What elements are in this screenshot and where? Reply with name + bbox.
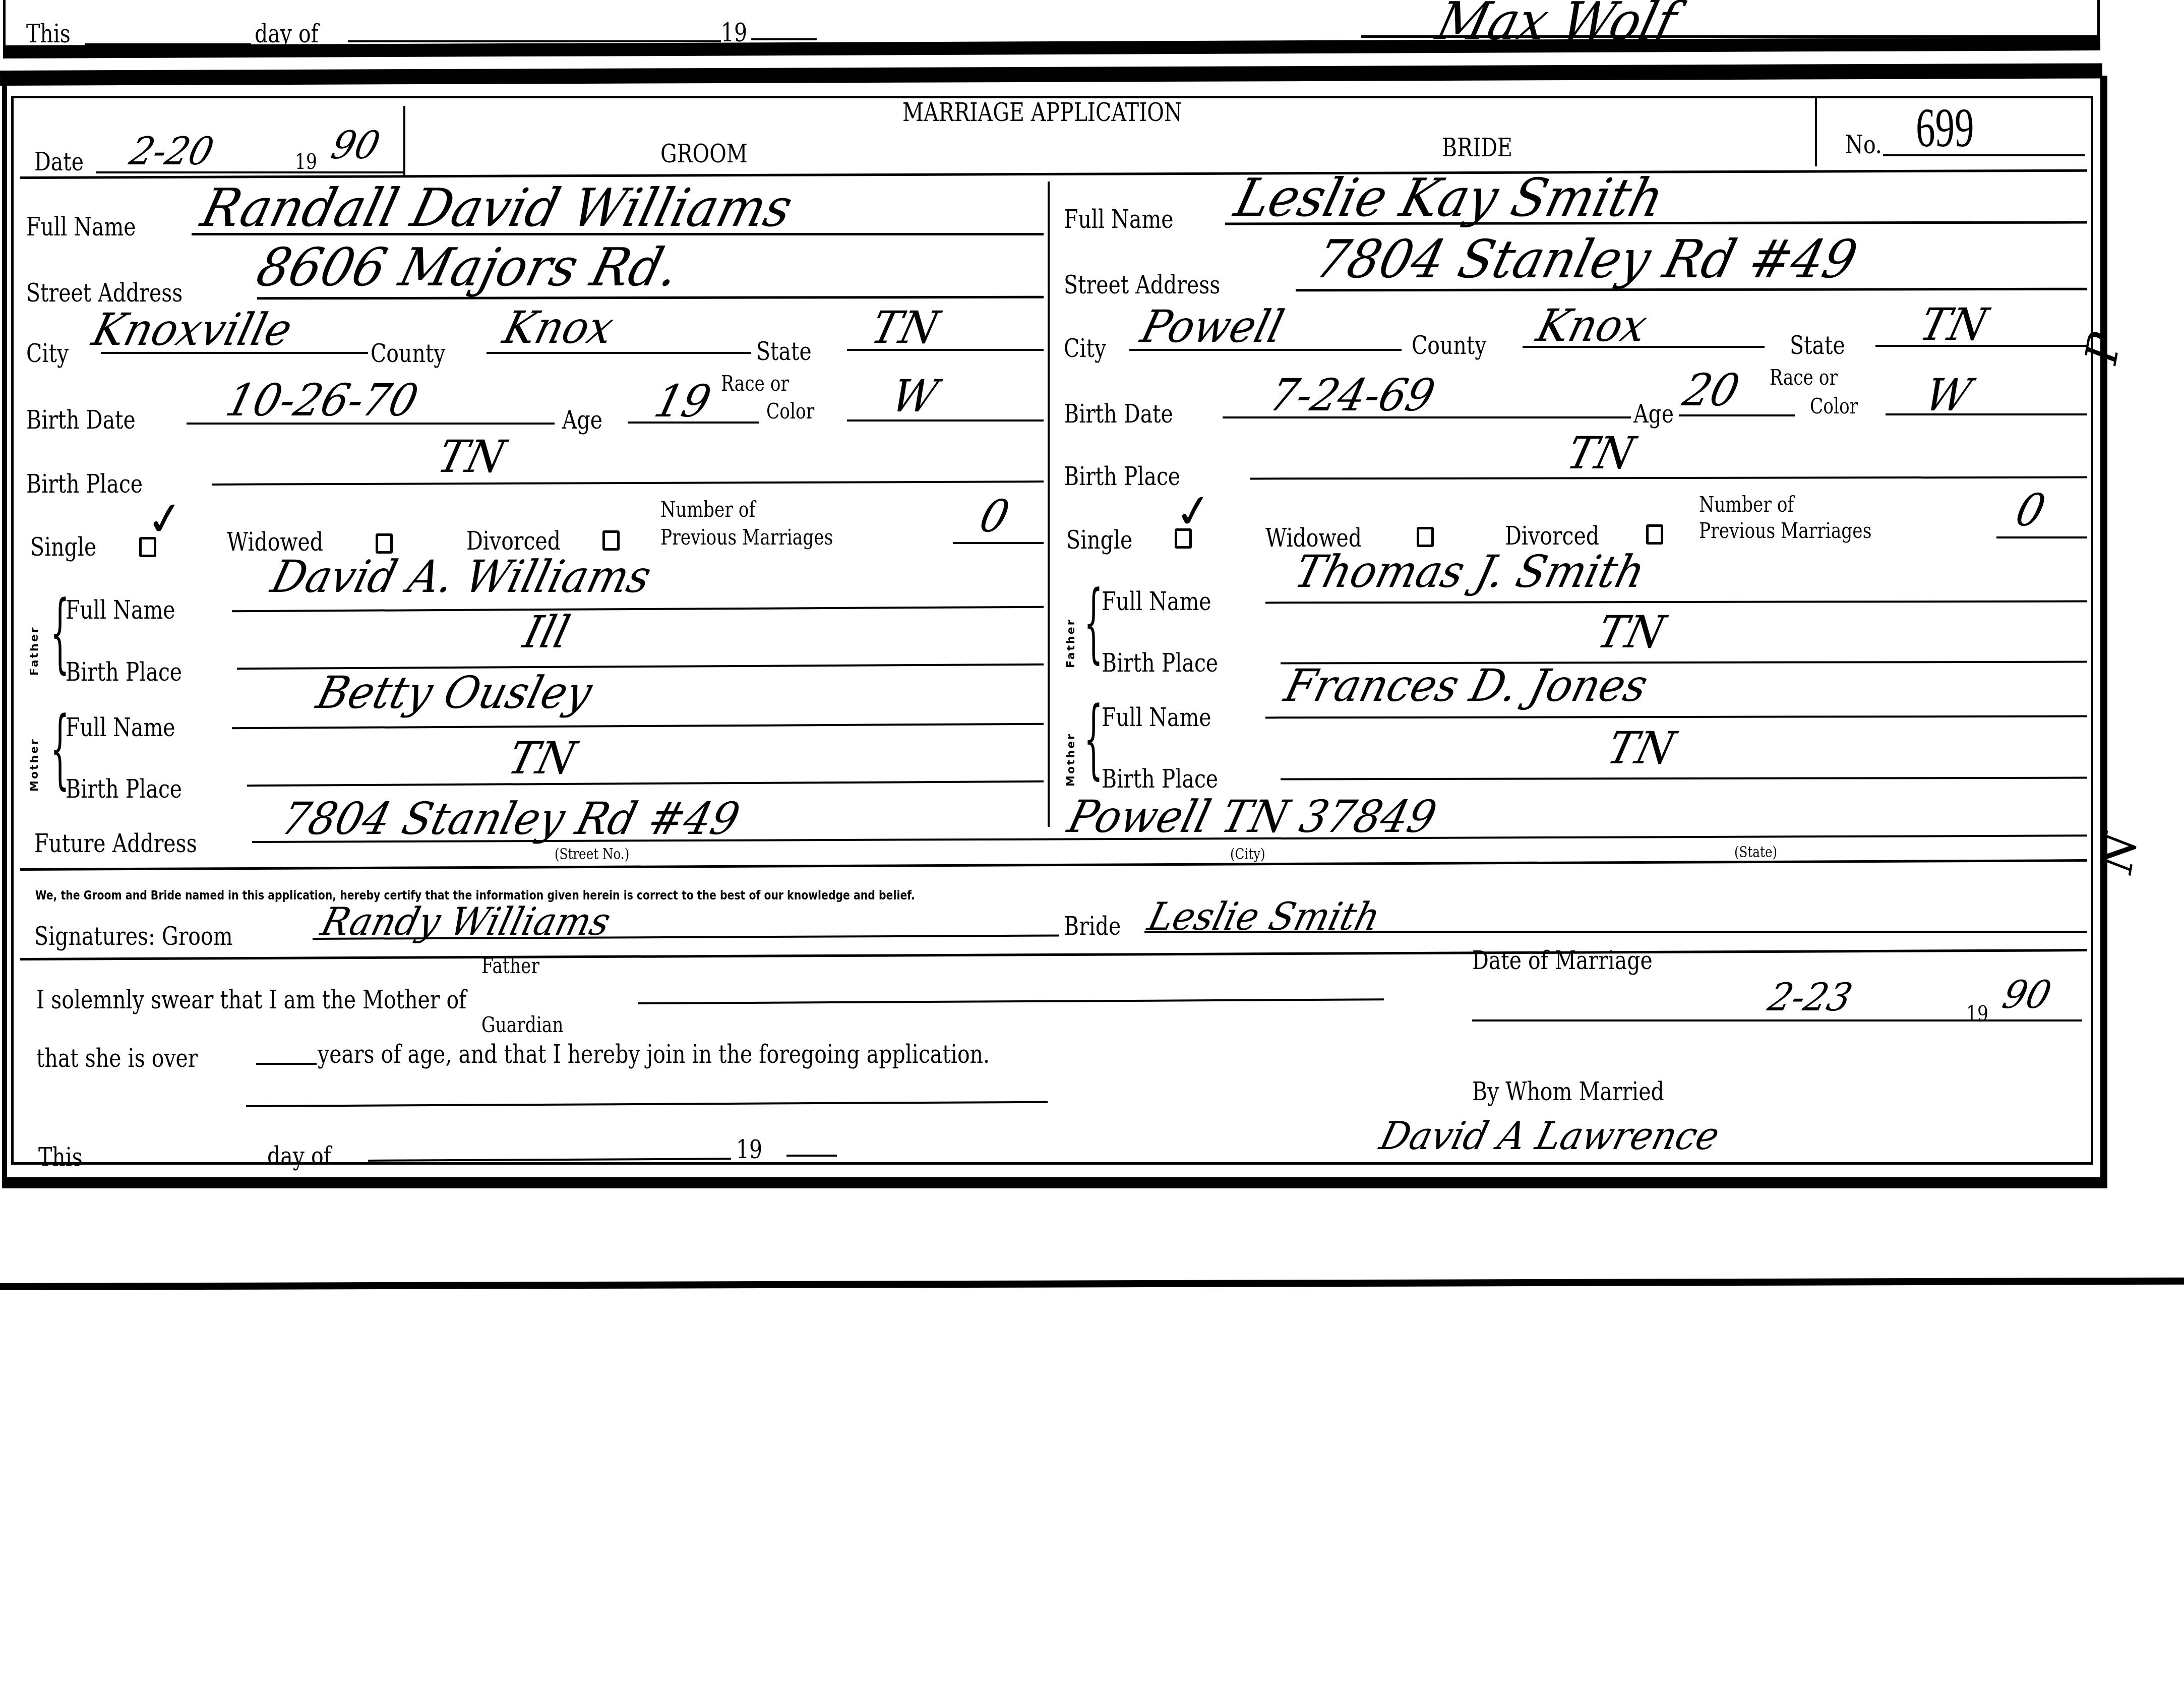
bride-birth-date-label: Birth Date (1064, 401, 1173, 427)
bride-signature-label: Bride (1064, 914, 1121, 939)
bride-birth-date[interactable]: 7-24-69 (1265, 373, 1439, 417)
by-whom-married-label: By Whom Married (1472, 1079, 1664, 1104)
consent-day-of-label: day of (267, 1144, 331, 1169)
consent-guardian-word: Guardian (481, 1014, 563, 1036)
bride-father-name[interactable]: Thomas J. Smith (1291, 550, 1649, 594)
groom-age-label: Age (562, 407, 602, 433)
date-underline (96, 171, 403, 173)
margin-note-bottom: N (2094, 830, 2144, 876)
bride-birth-date-line (1223, 416, 1631, 418)
groom-single-label: Single (30, 534, 96, 560)
groom-race-or-label: Race or (721, 373, 789, 394)
bride-birth-place[interactable]: TN (1563, 431, 1639, 475)
groom-birth-place-label: Birth Place (26, 471, 143, 497)
groom-birth-place[interactable]: TN (434, 435, 510, 479)
bride-age[interactable]: 20 (1679, 368, 1743, 412)
future-address-street[interactable]: 7804 Stanley Rd #49 (277, 797, 744, 841)
groom-father-birth-place-label: Birth Place (66, 659, 182, 685)
form-title: MARRIAGE APPLICATION (902, 100, 1182, 125)
bride-age-label: Age (1633, 401, 1674, 427)
bride-state-line (1875, 345, 2087, 347)
consent-line1: I solemnly swear that I am the Mother of (36, 987, 466, 1012)
state-caption: (State) (1734, 845, 1777, 860)
groom-birth-date[interactable]: 10-26-70 (222, 378, 422, 423)
consent-this-label: This (38, 1145, 83, 1170)
officiant-signature[interactable]: David A Lawrence (1376, 1117, 1723, 1155)
date-of-marriage-line (1472, 1019, 2082, 1021)
groom-state-line (847, 349, 1044, 351)
bride-father-brace: { (1084, 580, 1103, 666)
bride-single-checkmark-icon: ✓ (1172, 487, 1216, 537)
groom-divorced-checkbox[interactable] (602, 530, 620, 551)
future-address-city[interactable]: Powell TN 37849 (1064, 795, 1441, 839)
bride-divorced-label: Divorced (1505, 523, 1599, 549)
groom-age-line (628, 422, 759, 424)
number-underline (1883, 154, 2085, 156)
bride-county-line (1523, 346, 1765, 348)
previous-month-blank (348, 40, 721, 42)
bride-previous-marriages-line (1996, 536, 2087, 538)
bride-father-side-label: Father (1065, 608, 1077, 668)
bride-city-label: City (1064, 336, 1106, 361)
bride-city[interactable]: Powell (1137, 305, 1288, 349)
date-label: Date (34, 149, 84, 174)
bride-county[interactable]: Knox (1533, 304, 1652, 348)
form-top-border (0, 63, 2102, 86)
groom-mother-birth-place-label: Birth Place (66, 776, 182, 802)
application-date-year[interactable]: 90 (328, 126, 384, 164)
groom-father-side-label: Father (28, 615, 41, 676)
date-of-marriage-label: Date of Marriage (1472, 948, 1653, 973)
bride-mother-birth-place-label: Birth Place (1102, 766, 1218, 792)
bride-color-label: Color (1810, 396, 1858, 417)
number-box-divider (1815, 98, 1817, 166)
groom-mother-birth-place[interactable]: TN (504, 736, 580, 780)
bride-signature-line (1144, 931, 2087, 933)
bride-race-line (1886, 413, 2087, 415)
bride-mother-birth-place[interactable]: TN (1603, 726, 1679, 770)
bride-age-line (1679, 414, 1795, 416)
marriage-year[interactable]: 90 (1999, 976, 2055, 1014)
groom-mother-name[interactable]: Betty Ousley (313, 671, 596, 715)
number-label: No. (1845, 132, 1882, 157)
bride-divorced-checkbox[interactable] (1646, 524, 1663, 545)
date-of-marriage[interactable]: 2-23 (1765, 978, 1856, 1016)
groom-street-address[interactable]: 8606 Majors Rd. (252, 241, 684, 293)
groom-street-label: Street Address (26, 280, 183, 306)
groom-age[interactable]: 19 (650, 379, 715, 424)
date-year-prefix: 19 (295, 151, 317, 172)
bride-signature[interactable]: Leslie Smith (1144, 897, 1384, 936)
groom-mother-name-label: Full Name (66, 715, 175, 740)
bride-mother-name[interactable]: Frances D. Jones (1281, 664, 1652, 708)
previous-year-prefix: 19 (721, 20, 747, 45)
bride-race-or-label: Race or (1770, 367, 1838, 388)
consent-year-blank (786, 1155, 837, 1157)
groom-divorced-label: Divorced (466, 528, 561, 554)
bride-full-name-label: Full Name (1064, 207, 1174, 232)
consent-this-blank (101, 1163, 261, 1165)
bride-mother-side-label: Mother (1065, 721, 1077, 787)
bride-county-label: County (1412, 333, 1487, 358)
groom-city-label: City (26, 341, 69, 366)
groom-color-label: Color (766, 401, 814, 422)
groom-birth-date-label: Birth Date (26, 407, 136, 433)
consent-year-prefix: 19 (736, 1137, 762, 1162)
groom-birth-date-line (187, 423, 555, 425)
groom-county[interactable]: Knox (499, 306, 618, 350)
street-no-caption: (Street No.) (555, 847, 629, 862)
bride-street-label: Street Address (1064, 272, 1220, 297)
groom-heading: GROOM (660, 141, 748, 166)
bride-full-name[interactable]: Leslie Kay Smith (1230, 171, 1669, 224)
groom-full-name-line (192, 233, 1044, 235)
bride-state[interactable]: TN (1916, 303, 1992, 347)
bride-single-label: Single (1066, 527, 1132, 553)
form-outer-right (2100, 76, 2107, 1185)
consent-line2-start: that she is over (36, 1046, 198, 1071)
bride-street-address[interactable]: 7804 Stanley Rd #49 (1311, 233, 1862, 285)
groom-county-label: County (371, 341, 446, 366)
consent-line2-end: years of age, and that I hereby join in … (318, 1042, 990, 1067)
future-address-label: Future Address (34, 831, 197, 856)
page-separator (0, 1278, 2184, 1290)
groom-full-name-label: Full Name (26, 214, 136, 239)
bride-father-birth-place[interactable]: TN (1593, 610, 1669, 654)
groom-number-of-label: Number of (660, 499, 755, 520)
previous-year-blank (751, 38, 817, 40)
groom-full-name[interactable]: Randall David Williams (197, 182, 798, 234)
signatures-groom-label: Signatures: Groom (34, 924, 233, 949)
groom-city[interactable]: Knoxville (88, 308, 296, 352)
previous-this-label: This (26, 21, 71, 46)
groom-previous-marriages-line (953, 542, 1044, 544)
form-bottom-border (2, 1177, 2107, 1188)
bride-state-label: State (1790, 333, 1845, 358)
groom-father-name[interactable]: David A. Williams (267, 555, 655, 599)
groom-single-checkmark-icon: ✓ (143, 494, 187, 545)
bride-father-name-label: Full Name (1102, 589, 1211, 614)
groom-previous-marriages-label: Previous Marriages (660, 527, 833, 548)
previous-day-of-label: day of (255, 21, 319, 46)
groom-father-name-label: Full Name (66, 597, 175, 623)
consent-age-blank (256, 1063, 317, 1065)
city-caption: (City) (1230, 847, 1265, 862)
groom-state[interactable]: TN (867, 306, 943, 350)
center-divider (1048, 182, 1050, 827)
groom-county-line (487, 352, 751, 354)
bride-widowed-checkbox[interactable] (1417, 527, 1434, 547)
groom-city-line (101, 352, 368, 354)
groom-mother-side-label: Mother (28, 726, 41, 792)
date-box-divider (403, 106, 405, 176)
application-number: 699 (1916, 100, 1974, 155)
bride-mother-name-label: Full Name (1102, 705, 1211, 730)
groom-race-line (847, 419, 1044, 422)
bride-mother-brace: { (1084, 696, 1103, 781)
bride-heading: BRIDE (1442, 135, 1512, 160)
groom-signature[interactable]: Randy Williams (318, 903, 614, 941)
bride-birth-place-label: Birth Place (1064, 464, 1180, 489)
groom-state-label: State (756, 339, 812, 364)
application-date[interactable]: 2-20 (126, 132, 217, 170)
bride-father-birth-place-label: Birth Place (1102, 650, 1218, 676)
form-outer-left (2, 76, 7, 1185)
bride-previous-marriages-label: Previous Marriages (1699, 520, 1871, 542)
consent-father-word: Father (481, 955, 539, 977)
bride-number-of-label: Number of (1699, 494, 1794, 515)
bride-city-line (1129, 349, 1402, 351)
